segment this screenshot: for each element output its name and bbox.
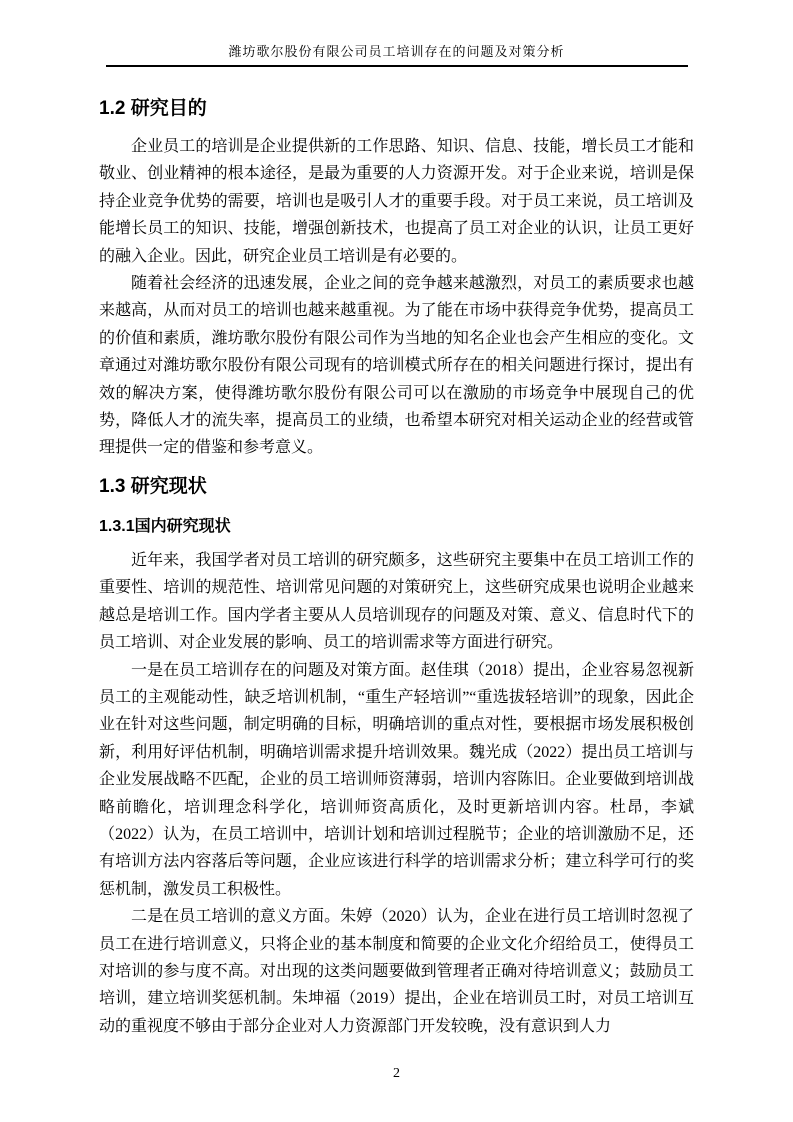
header-divider — [106, 65, 688, 67]
document-page: 潍坊歌尔股份有限公司员工培训存在的问题及对策分析 1.2 研究目的 企业员工的培… — [0, 0, 793, 1122]
paragraph-research-purpose-1: 企业员工的培训是企业提供新的工作思路、知识、信息、技能，增长员工才能和敬业、创业… — [99, 133, 694, 270]
section-heading-research-status: 1.3 研究现状 — [99, 475, 694, 499]
section-heading-research-purpose: 1.2 研究目的 — [99, 97, 694, 121]
paragraph-research-status-2: 一是在员工培训存在的问题及对策方面。赵佳琪（2018）提出，企业容易忽视新员工的… — [99, 657, 694, 904]
subsection-heading-domestic-research: 1.3.1国内研究现状 — [99, 517, 694, 537]
page-header: 潍坊歌尔股份有限公司员工培训存在的问题及对策分析 — [0, 0, 793, 67]
paragraph-research-status-1: 近年来，我国学者对员工培训的研究颇多，这些研究主要集中在员工培训工作的重要性、培… — [99, 547, 694, 657]
page-footer: 2 — [0, 1066, 793, 1082]
document-body: 1.2 研究目的 企业员工的培训是企业提供新的工作思路、知识、信息、技能，增长员… — [99, 97, 694, 1040]
running-header-title: 潍坊歌尔股份有限公司员工培训存在的问题及对策分析 — [0, 0, 793, 59]
paragraph-research-purpose-2: 随着社会经济的迅速发展，企业之间的竞争越来越激烈，对员工的素质要求也越来越高，从… — [99, 270, 694, 462]
page-number: 2 — [393, 1066, 400, 1081]
paragraph-research-status-3: 二是在员工培训的意义方面。朱婷（2020）认为，企业在进行员工培训时忽视了员工在… — [99, 903, 694, 1040]
